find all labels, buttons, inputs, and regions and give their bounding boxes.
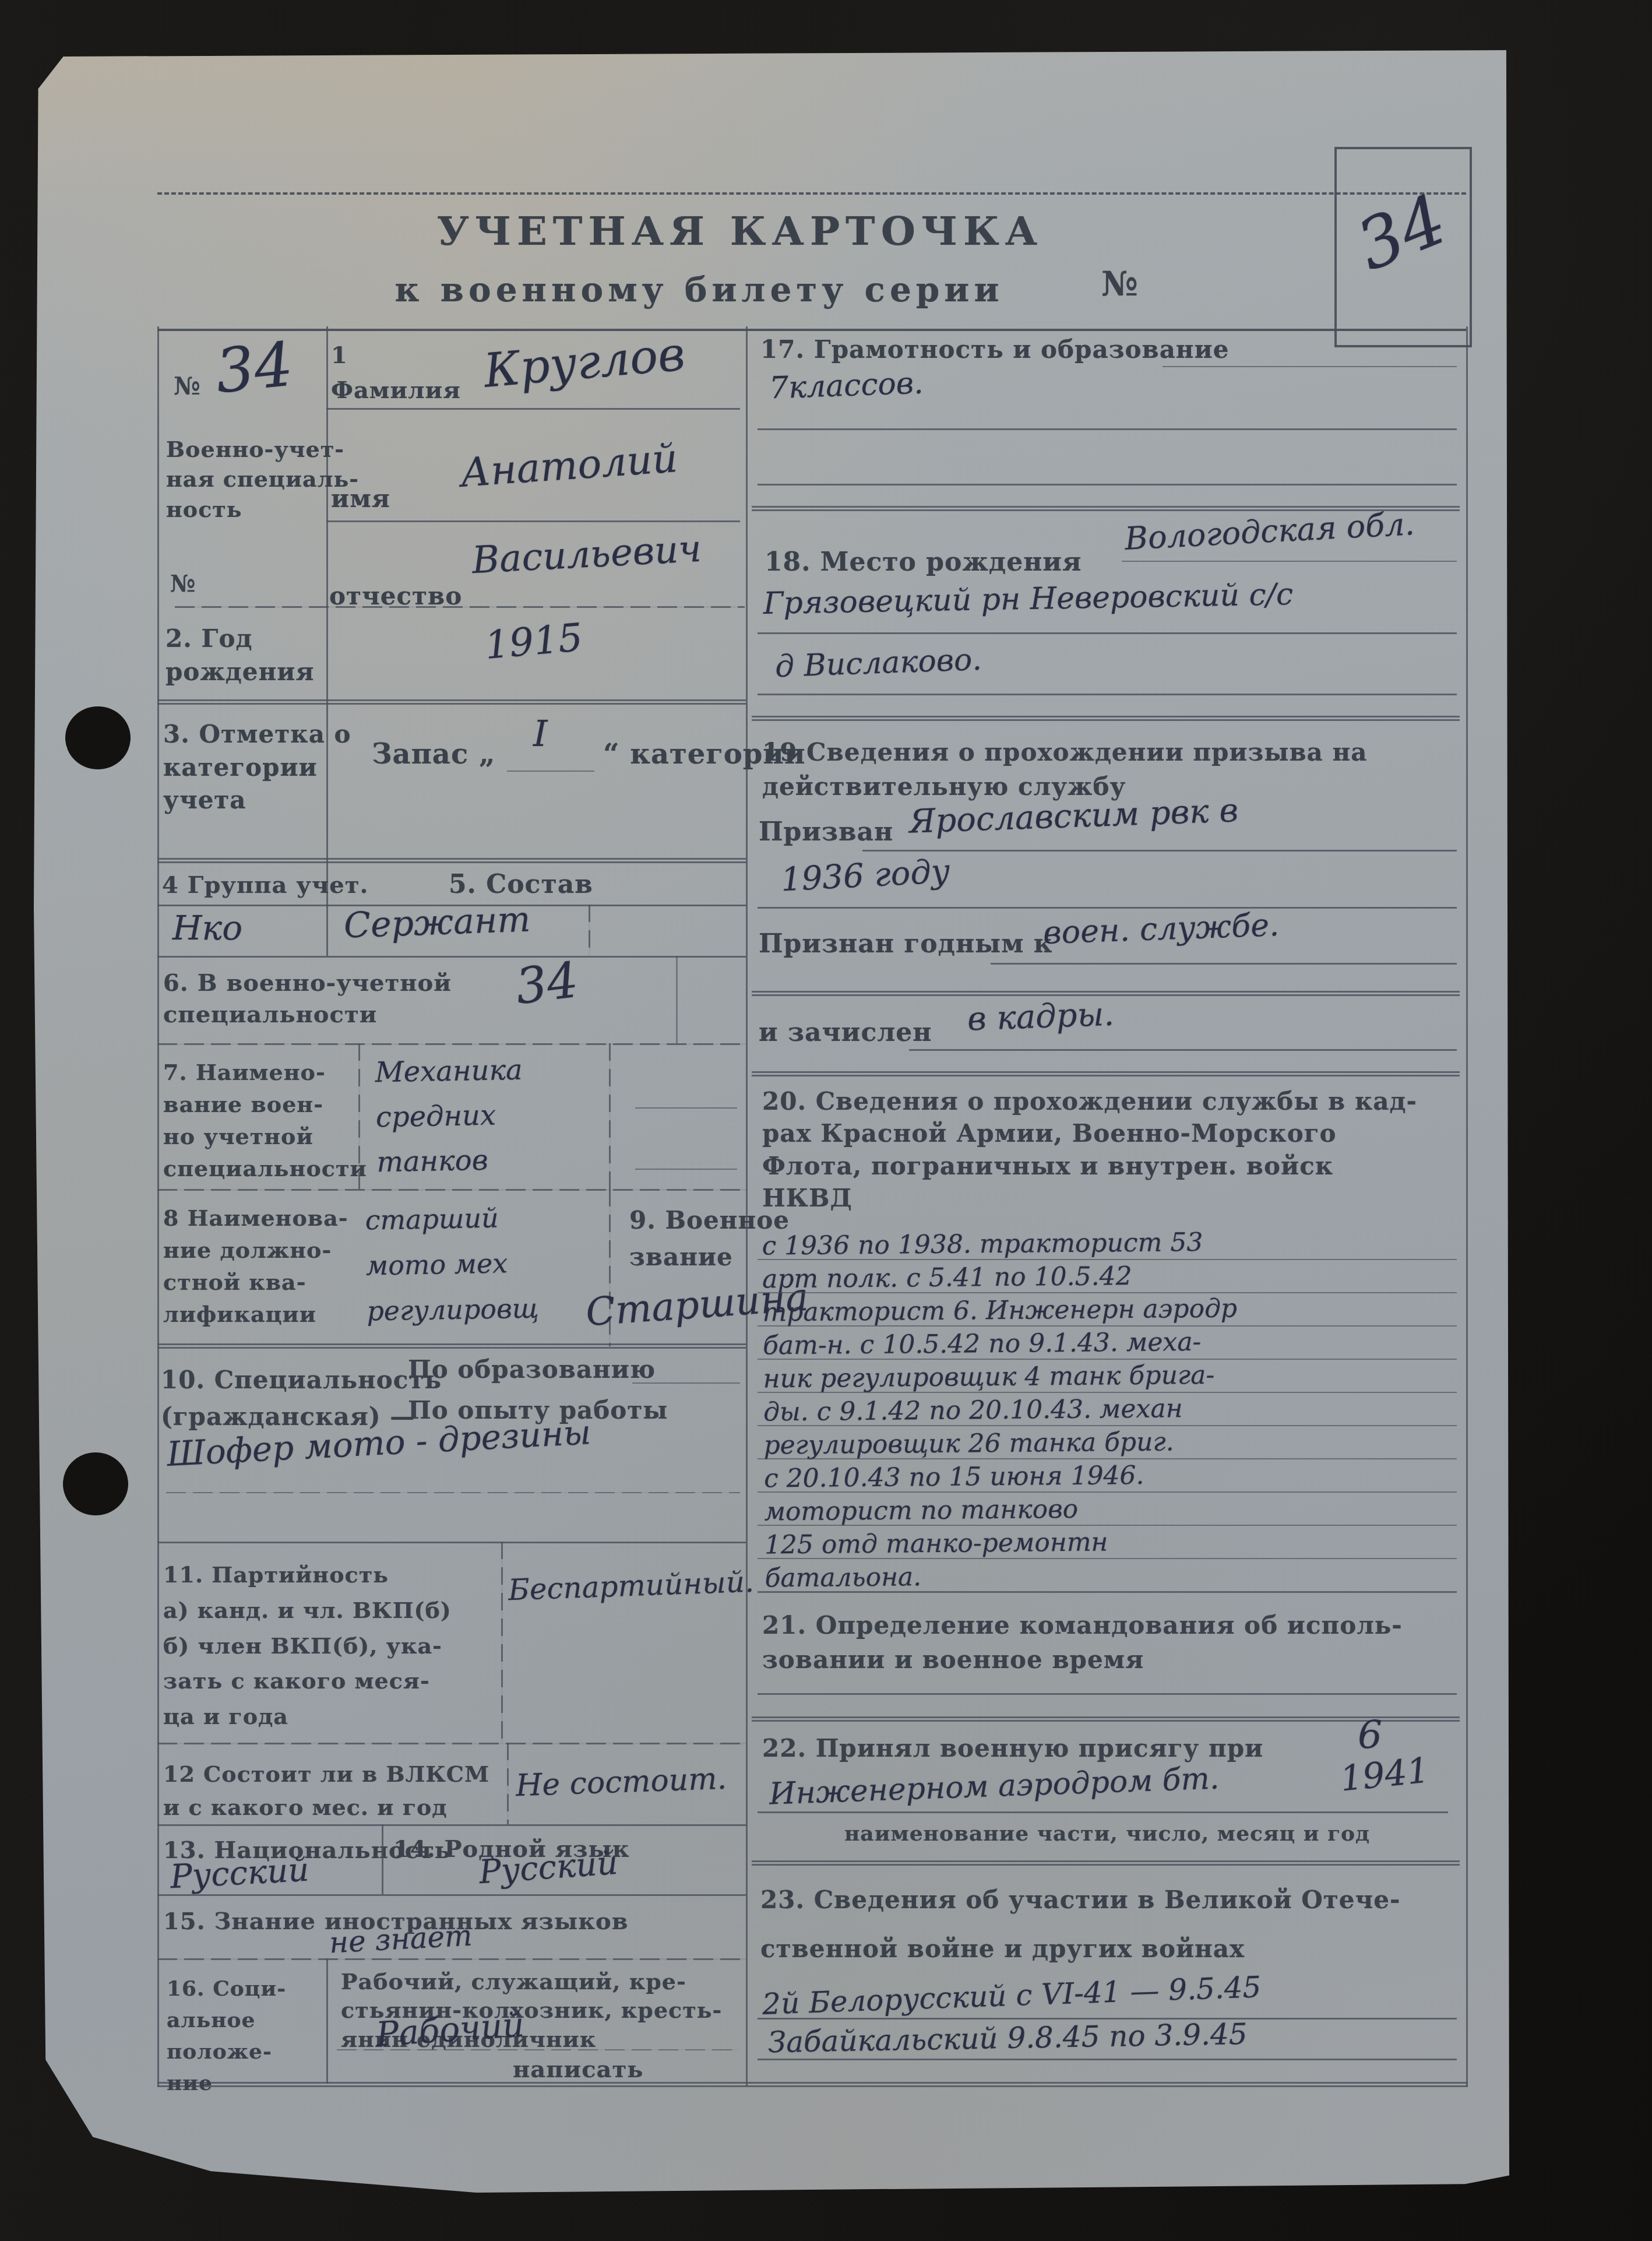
rule [758,1292,1457,1293]
social-position-hint: написать [513,2054,643,2085]
command-determination-label: 21. Определение командования об исполь- … [762,1609,1403,1677]
rule [157,1343,746,1349]
rule [758,1525,1457,1526]
group-label: 4 Группа учет. [162,870,368,901]
scanned-military-card: УЧЕТНАЯ КАРТОЧКА к военному билету серии… [0,0,1652,2241]
war-participation-label: 23. Сведения об участии в Великой Отече-… [760,1876,1400,1973]
divider [589,905,590,956]
zachislen-label: и зачислен [759,1015,932,1050]
table-border-bottom [157,2082,1468,2087]
rule [635,1169,737,1170]
rule [337,2049,739,2050]
zapas-text: Запас „ [372,736,496,773]
group-value: Нко [172,908,242,948]
rule [157,1824,746,1826]
rule [157,1043,746,1045]
reg-no2-label: № [170,568,196,600]
patronymic-label: отчество [329,580,462,613]
social-position-label: 16. Соци- альное положе- ние [167,1973,286,2099]
rule [758,1425,1457,1426]
rule [758,1811,1448,1813]
rule [758,907,1457,909]
name-label: имя [331,483,390,516]
rule [758,2059,1457,2060]
rule [326,520,740,522]
rule [758,484,1457,486]
rule [758,1491,1457,1493]
divider [358,1043,360,1189]
oath-caption: наименование части, число, месяц и год [787,1820,1428,1848]
prizvan-label: Призван [759,815,893,849]
qualification-value: старший мото мех регулировщ [365,1194,540,1334]
divider [507,1743,509,1824]
rule [758,1591,1457,1593]
rule [157,699,746,705]
divider [326,1958,328,2084]
category-value: I [533,712,548,755]
divider [676,956,678,1043]
rule [752,716,1460,721]
header-no-sign: № [1101,261,1139,307]
rule [909,1049,1457,1051]
vus-number-label: 6. В военно-учетной специальности [163,968,452,1030]
rule [157,956,746,958]
birthplace-value-3: д Вислаково. [774,642,982,684]
rule [758,1392,1457,1393]
surname-label: 1 Фамилия [331,338,461,408]
goden-label: Признан годным к [759,927,1053,961]
vus-name-label: 7. Наимено- вание воен- но учетной специ… [163,1056,367,1184]
rule [758,428,1457,430]
birth-year-label: 2. Год рождения [165,622,314,688]
education-label: 17. Грамотность и образование [760,333,1229,367]
punch-hole-bottom [63,1452,128,1515]
rule [326,408,740,410]
rule [157,1189,746,1191]
education-value: 7классов. [769,365,924,406]
divider [609,1043,611,1189]
reg-no-label: № [174,370,201,403]
rule [635,1107,737,1109]
vus-name-value: Механика средних танков [375,1048,524,1185]
reg-no-value: 34 [212,328,296,407]
divider [501,1542,503,1743]
birth-year-value: 1915 [483,615,584,668]
table-border-right [1466,326,1468,2087]
punch-hole-top [65,706,131,769]
rule [752,1860,1460,1866]
card-subtitle: к военному билету серии [245,267,1154,312]
sostav-value: Сержант [343,899,531,946]
category-label: 3. Отметка о категории учета [163,718,351,817]
rule [157,858,746,863]
rule [991,963,1457,965]
vlksm-value: Не состоит. [515,1761,727,1804]
zachislen-value: в кадры. [967,995,1115,1039]
rule [157,1542,746,1543]
card-title: УЧЕТНАЯ КАРТОЧКА [245,205,1235,259]
rule [758,694,1457,695]
rule [758,632,1457,634]
rule [175,606,745,608]
rule [758,1325,1457,1327]
sostav-label: 5. Состав [449,867,593,902]
rule [758,1259,1457,1260]
divider [382,1824,383,1894]
rule [1122,561,1457,562]
rule [752,1716,1460,1722]
rule [166,1492,740,1493]
vlksm-label: 12 Состоит ли в ВЛКСМ и с какого мес. и … [163,1757,489,1824]
service-record-value: с 1936 по 1938. тракторист 53 арт полк. … [762,1225,1239,1595]
rule [758,1458,1457,1459]
rule [157,1958,746,1960]
rule [862,850,1457,852]
qualification-label: 8 Наименова- ние должно- стной ква- лифи… [163,1202,348,1330]
rule [632,1382,740,1384]
rule [507,771,594,772]
conscription-label: 19 Сведения о прохождении призыва на дей… [762,736,1367,804]
rule [758,1693,1457,1695]
oath-label: 22. Принял военную присягу при [762,1732,1263,1765]
party-label: 11. Партийность а) канд. и чл. ВКП(б) б)… [163,1557,452,1735]
rule [157,1894,746,1896]
rule [157,1743,746,1744]
rule [758,1359,1457,1360]
oath-num: 6 [1358,1712,1382,1757]
birthplace-label: 18. Место рождения [765,545,1082,579]
nationality-value: Русский [169,1851,310,1896]
table-border-left [157,326,159,2087]
rule [1163,366,1457,367]
vus-label: Военно-учет- ная специаль- ность [166,434,359,524]
rule [752,1071,1460,1076]
vus-number-value: 34 [512,951,581,1015]
rule [758,1558,1457,1559]
by-education-label: По образованию [408,1353,656,1387]
service-record-label: 20. Сведения о прохождении службы в кад-… [762,1085,1417,1215]
